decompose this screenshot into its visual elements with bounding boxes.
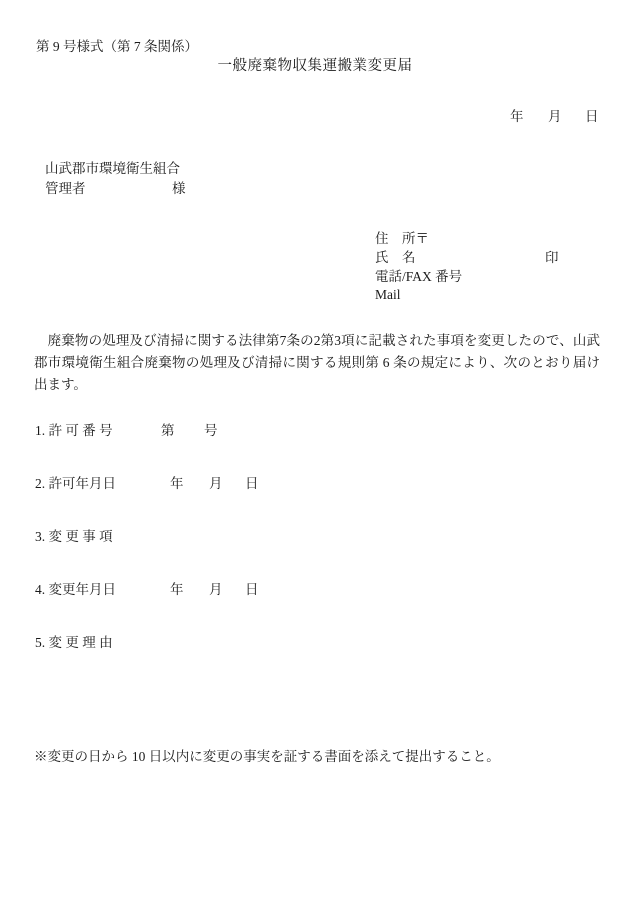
date-year-label: 年 bbox=[510, 109, 524, 125]
item-label: 2. 許可年月日 bbox=[35, 476, 116, 492]
item-field-dai: 第 bbox=[161, 423, 175, 439]
item-permit-number: 1. 許 可 番 号 第 号 bbox=[0, 423, 630, 441]
recipient-line: 管理者 様 bbox=[0, 181, 630, 199]
item-permit-date: 2. 許可年月日 年 月 日 bbox=[0, 476, 630, 494]
item-field-day: 日 bbox=[245, 582, 259, 598]
footnote: ※変更の日から 10 日以内に変更の事実を証する書面を添えて提出すること。 bbox=[34, 749, 500, 765]
applicant-address-label: 住 所〒 bbox=[375, 231, 429, 247]
applicant-mail-label: Mail bbox=[375, 287, 401, 303]
item-field-year: 年 bbox=[170, 476, 184, 492]
date-month-label: 月 bbox=[548, 109, 562, 125]
item-field-go: 号 bbox=[204, 423, 218, 439]
recipient-organization: 山武郡市環境衛生組合 bbox=[45, 161, 180, 177]
item-field-day: 日 bbox=[245, 476, 259, 492]
item-change-reason: 5. 変 更 理 由 bbox=[0, 635, 630, 653]
item-label: 5. 変 更 理 由 bbox=[35, 635, 113, 651]
item-label: 1. 許 可 番 号 bbox=[35, 423, 113, 439]
item-change-details: 3. 変 更 事 項 bbox=[0, 529, 630, 547]
item-change-date: 4. 変更年月日 年 月 日 bbox=[0, 582, 630, 600]
item-field-month: 月 bbox=[209, 582, 223, 598]
item-field-month: 月 bbox=[209, 476, 223, 492]
form-number: 第 9 号様式（第 7 条関係） bbox=[36, 39, 198, 55]
applicant-phone-fax-label: 電話/FAX 番号 bbox=[375, 269, 462, 285]
applicant-name-line: 氏 名 印 bbox=[0, 250, 630, 268]
recipient-role: 管理者 bbox=[45, 181, 86, 197]
document-title: 一般廃棄物収集運搬業変更届 bbox=[0, 58, 630, 75]
item-label: 4. 変更年月日 bbox=[35, 582, 116, 598]
date-line: 年 月 日 bbox=[0, 109, 630, 127]
body-paragraph: 廃棄物の処理及び清掃に関する法律第7条の2第3項に記載された事項を変更したので、… bbox=[34, 330, 600, 396]
date-day-label: 日 bbox=[585, 109, 599, 125]
seal-label: 印 bbox=[545, 250, 559, 266]
document-page: 第 9 号様式（第 7 条関係） 一般廃棄物収集運搬業変更届 年 月 日 山武郡… bbox=[0, 0, 630, 903]
applicant-name-label: 氏 名 bbox=[375, 250, 416, 266]
item-label: 3. 変 更 事 項 bbox=[35, 529, 113, 545]
recipient-honorific: 様 bbox=[172, 181, 186, 197]
item-field-year: 年 bbox=[170, 582, 184, 598]
